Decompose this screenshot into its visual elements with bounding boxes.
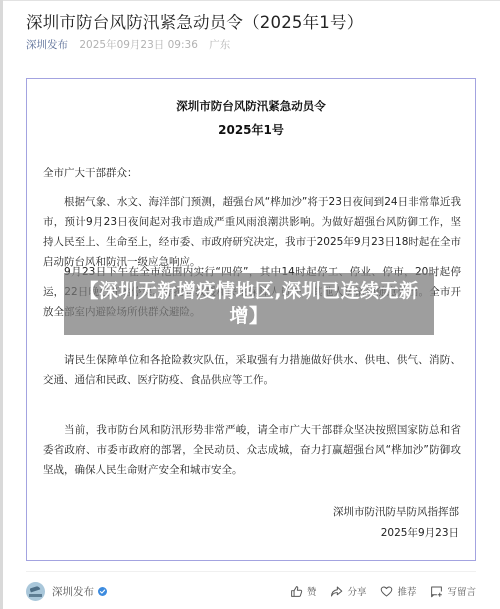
signature-date: 2025年9月23日 [381,525,459,540]
document-paragraph: 根据气象、水文、海洋部门预测，超强台风“桦加沙”将于23日夜间到24日非常靠近我… [43,192,461,272]
share-label: 分享 [347,584,366,598]
footer-divider [26,571,476,572]
author-link[interactable]: 深圳发布 [26,39,68,51]
window-left-edge [0,0,3,609]
window-top-edge [0,0,500,1]
share-button[interactable]: 分享 [330,584,366,598]
article-title: 深圳市防台风防汛紧急动员令（2025年1号） [26,9,363,33]
document-paragraph: 当前，我市防台风和防汛形势非常严峻，请全市广大干部群众坚决按照国家防总和省委省政… [43,420,461,480]
article-actions: 赞 分享 推荐 写留言 [290,584,476,598]
overlay-text: 【深圳无新增疫情地区,深圳已连续无新增】 [72,279,426,329]
like-label: 赞 [307,584,317,598]
account-name[interactable]: 深圳发布 [52,584,94,599]
publish-datetime: 2025年09月23日 09:36 [79,39,198,51]
thumbs-up-icon [290,585,303,598]
share-icon [330,585,343,598]
recommend-label: 推荐 [397,584,416,598]
signature-organization: 深圳市防汛防旱防风指挥部 [333,504,459,519]
document-paragraph: 请民生保障单位和各抢险救灾队伍，采取强有力措施做好供水、供电、供气、消防、交通、… [43,350,461,390]
article-footer: 深圳发布 赞 分享 推荐 写留言 [26,580,476,602]
comment-icon [430,585,443,598]
write-comment-label: 写留言 [447,584,476,598]
document-heading: 深圳市防台风防汛紧急动员令 [27,98,475,114]
article-meta: 深圳发布 2025年09月23日 09:36 广东 [26,37,230,52]
publish-location: 广东 [209,39,230,51]
like-button[interactable]: 赞 [290,584,317,598]
verified-badge-icon [98,587,107,596]
headline-overlay-banner: 【深圳无新增疫情地区,深圳已连续无新增】 [64,273,434,335]
heart-icon [380,585,393,598]
document-number: 2025年1号 [27,121,475,138]
recommend-button[interactable]: 推荐 [380,584,416,598]
write-comment-button[interactable]: 写留言 [430,584,476,598]
document-salutation: 全市广大干部群众： [43,165,138,180]
account-avatar[interactable] [26,582,45,601]
